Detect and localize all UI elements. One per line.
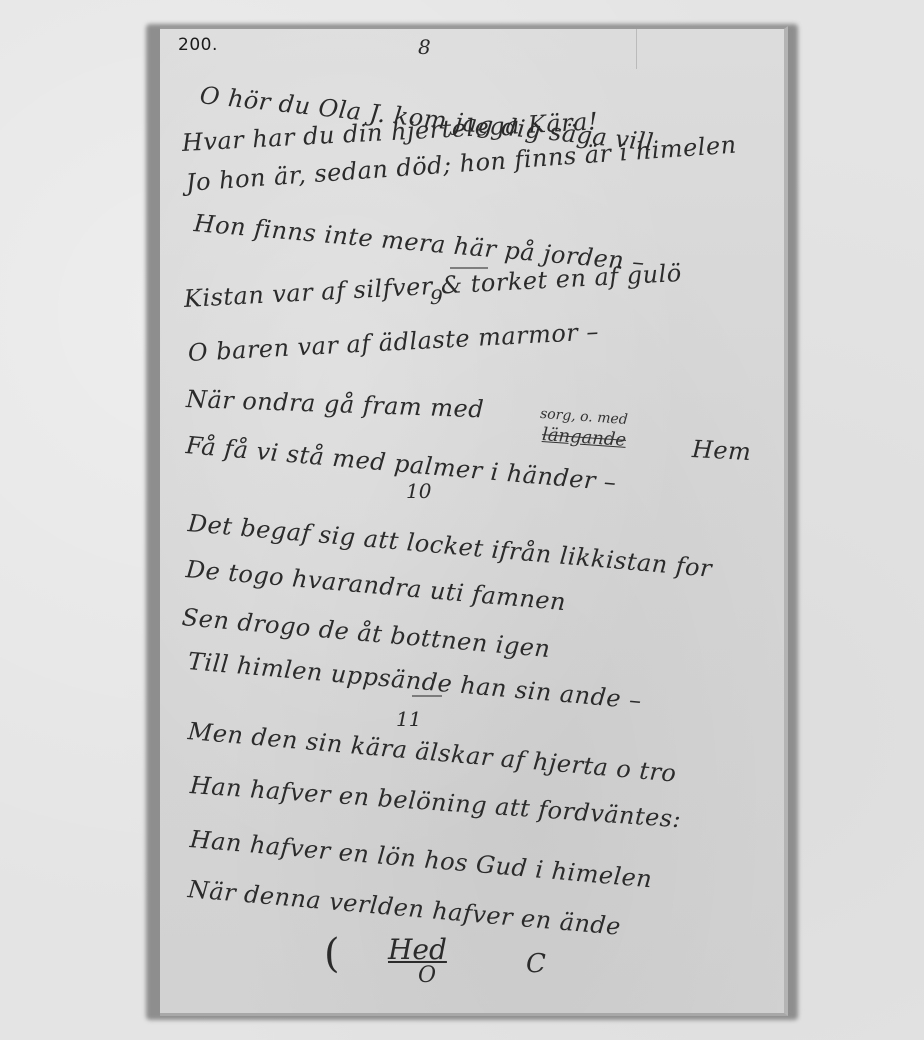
verse-9-line-2: O baren var af ädlaste marmor –	[187, 317, 599, 366]
signature-mark-o: O	[418, 963, 437, 988]
verse-number-8: 8	[418, 35, 431, 59]
paper-fold	[636, 29, 637, 69]
marginal-word: Hem	[691, 435, 752, 466]
struck-word: längande	[541, 424, 626, 451]
manuscript-page: 200. 8 O hör du Ola J. kom jag dig säga …	[160, 26, 788, 1016]
catalog-number: 200.	[178, 35, 218, 55]
verse-separator	[412, 695, 442, 697]
verse-9-line-3: När ondra gå fram med	[186, 385, 485, 423]
verse-number-11: 11	[396, 707, 421, 731]
signature-initials: Hed	[388, 933, 447, 966]
signature-mark-c: C	[526, 949, 546, 979]
verse-10-line-4: Till himlen uppsände han sin ande –	[187, 647, 643, 715]
signature-bracket: (	[324, 931, 340, 977]
verse-number-10: 10	[406, 479, 431, 503]
